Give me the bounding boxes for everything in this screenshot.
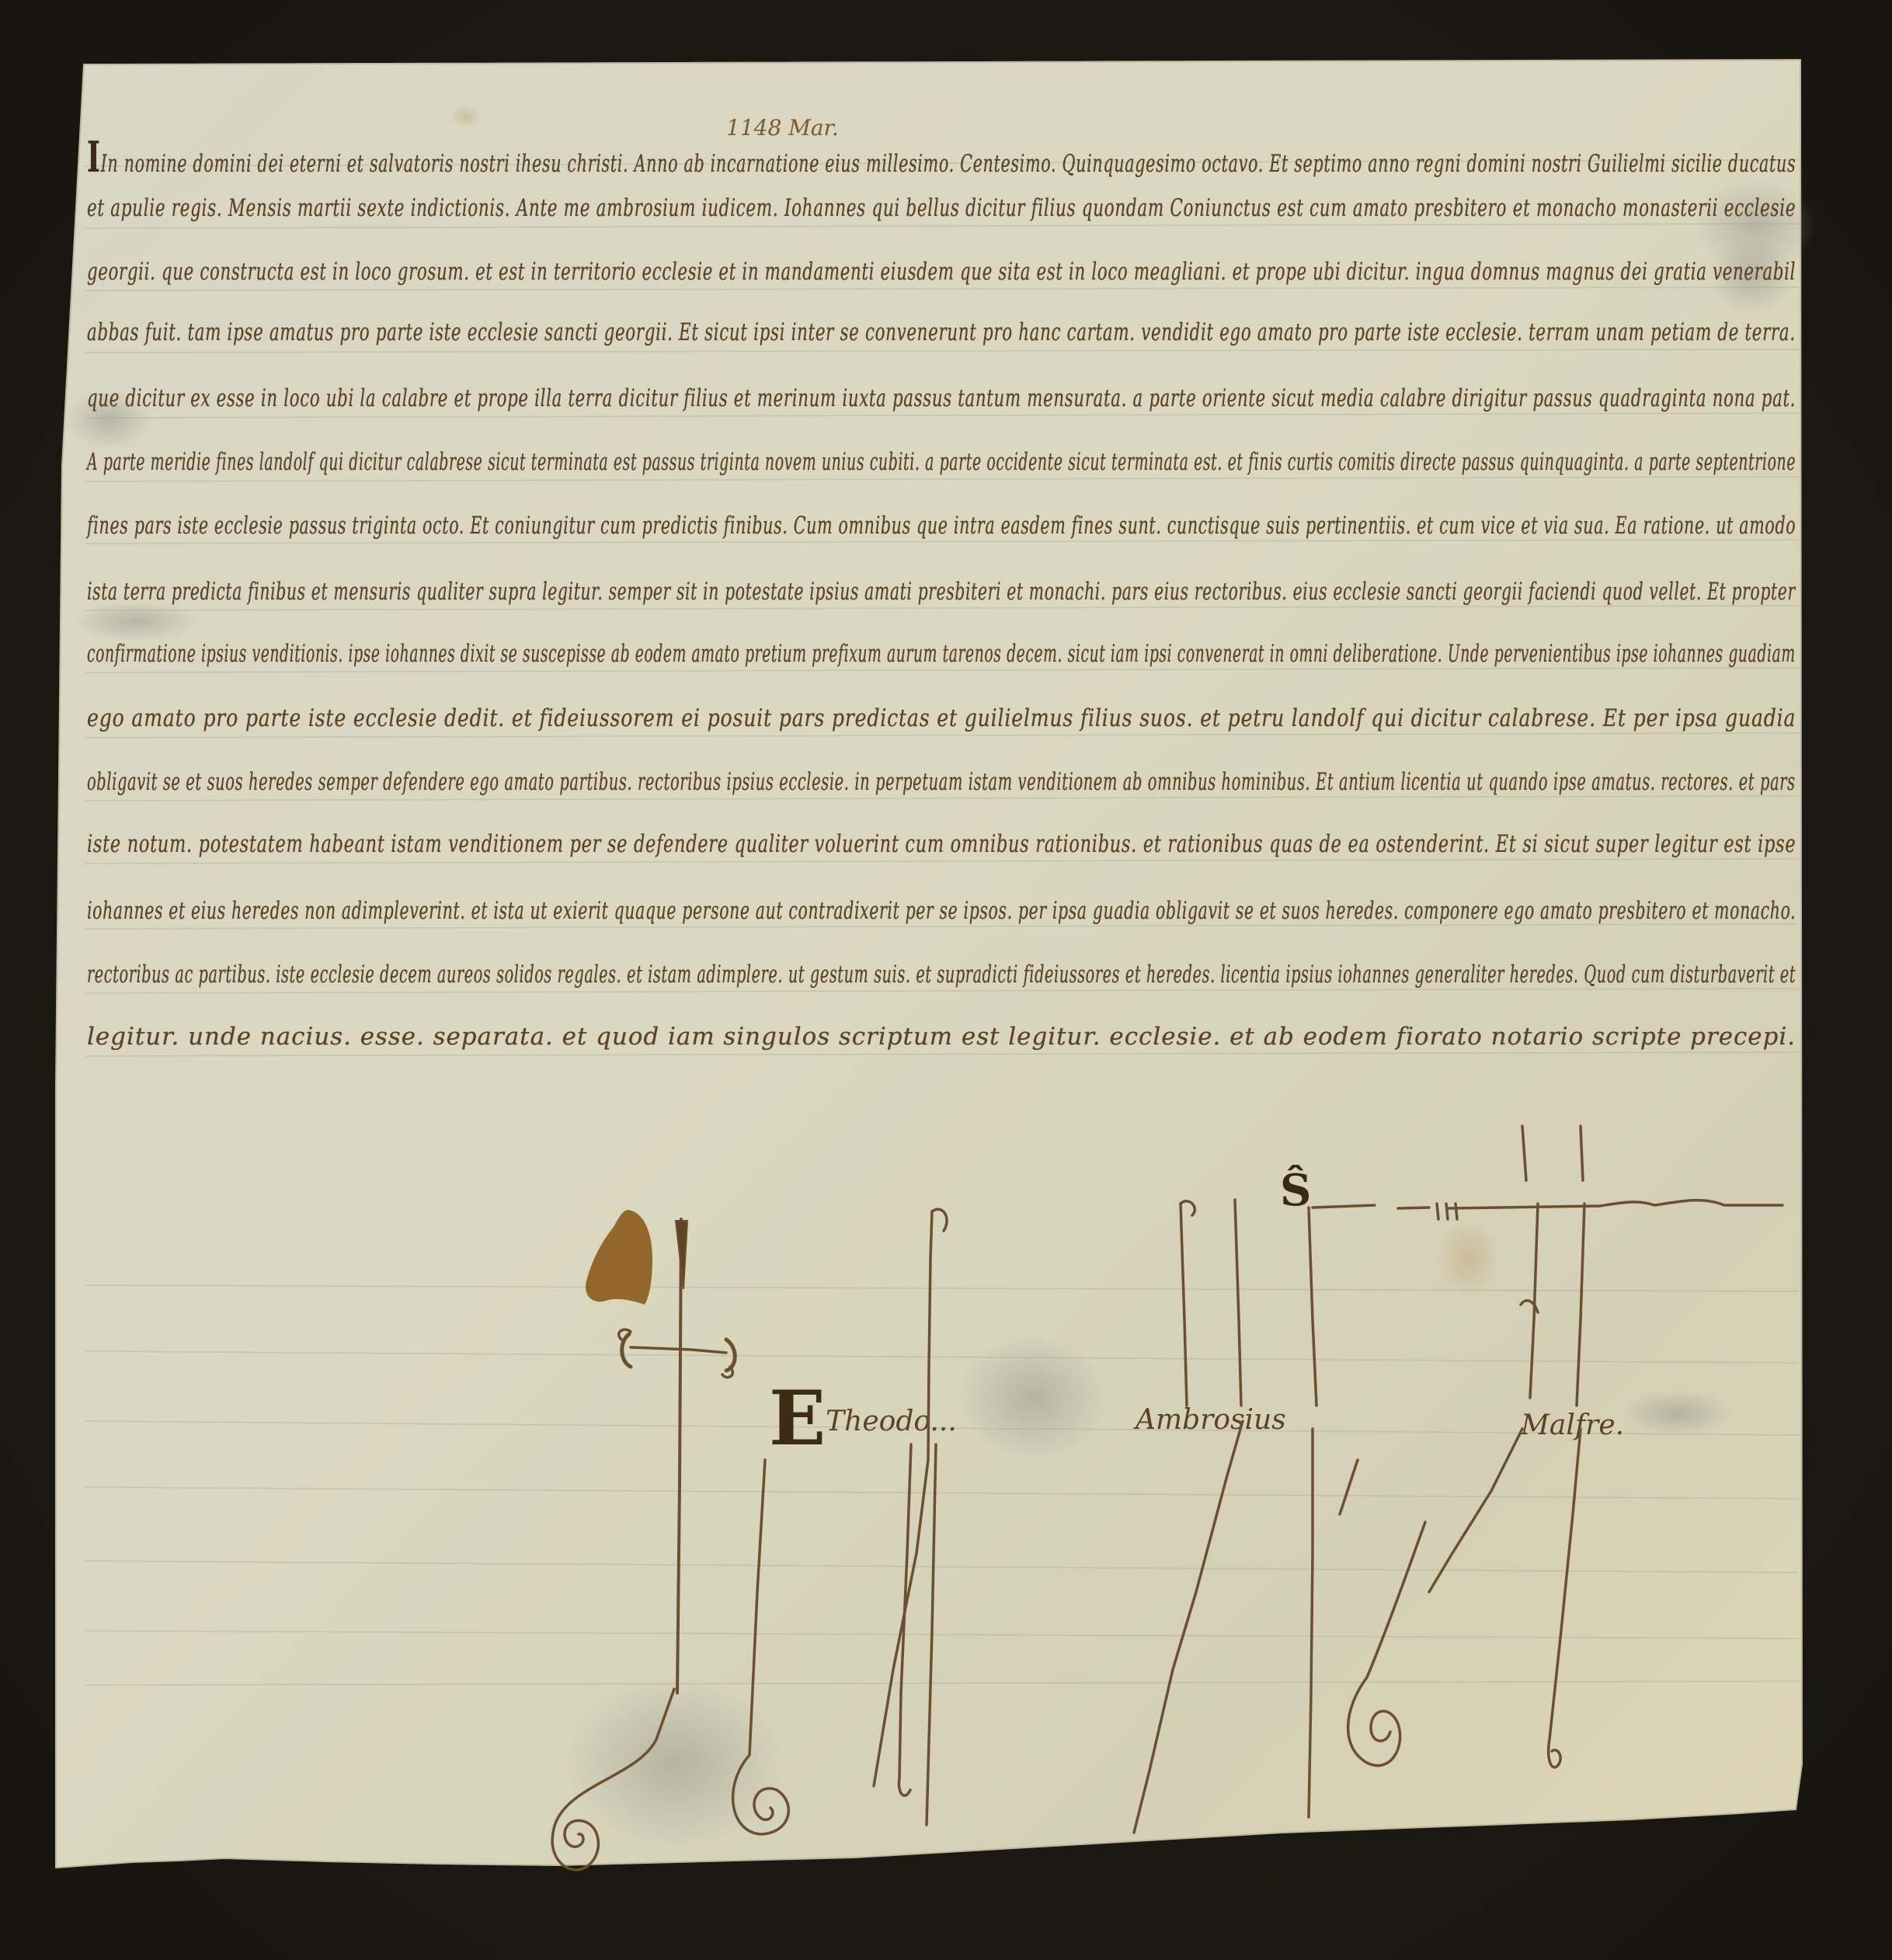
subscription-theodo-name: Theodo... bbox=[826, 1406, 957, 1437]
text-line-4: abbas fuit. tam ipse amatus pro parte is… bbox=[87, 318, 1796, 346]
subscription-theodo: ETheodo... bbox=[769, 1374, 957, 1462]
text-line-5: que dicitur ex esse in loco ubi la calab… bbox=[87, 384, 1796, 412]
text-line-1-content: In nomine domini dei eterni et salvatori… bbox=[101, 150, 1796, 178]
text-line-6: A parte meridie fines landolf qui dicitu… bbox=[87, 448, 1796, 476]
charter-text: IIn nomine domini dei eterni et salvator… bbox=[0, 0, 1892, 1960]
text-line-8: ista terra predicta finibus et mensuris … bbox=[87, 578, 1796, 606]
text-line-15: legitur. unde nacius. esse. separata. et… bbox=[87, 1023, 1796, 1051]
text-line-2: et apulie regis. Mensis martii sexte ind… bbox=[87, 194, 1796, 222]
subscription-ambrosius: Ambrosius bbox=[1136, 1404, 1286, 1436]
text-line-1: IIn nomine domini dei eterni et salvator… bbox=[87, 132, 1796, 182]
text-line-7: fines pars iste ecclesie passus triginta… bbox=[87, 512, 1796, 540]
text-line-12: iste notum. potestatem habeant istam ven… bbox=[87, 830, 1796, 858]
text-line-13: iohannes et eius heredes non adimpleveri… bbox=[87, 897, 1796, 925]
decorated-initial: I bbox=[87, 132, 101, 182]
text-line-11: obligavit se et suos heredes semper defe… bbox=[87, 768, 1796, 796]
subscription-malfre: Malfre. bbox=[1521, 1409, 1624, 1441]
text-line-9: confirmatione ipsius venditionis. ipse i… bbox=[87, 640, 1796, 668]
notary-signum-mark: Ŝ bbox=[1280, 1165, 1311, 1216]
text-line-14: rectoribus ac partibus. iste ecclesie de… bbox=[87, 961, 1796, 989]
text-line-3: georgii. que constructa est in loco gros… bbox=[87, 258, 1796, 286]
subscription-initial: E bbox=[769, 1374, 826, 1462]
text-line-10: ego amato pro parte iste ecclesie dedit.… bbox=[87, 704, 1796, 732]
parchment-sheet: 1148 Mar. IIn nomine domini dei eterni e… bbox=[0, 0, 1892, 1960]
